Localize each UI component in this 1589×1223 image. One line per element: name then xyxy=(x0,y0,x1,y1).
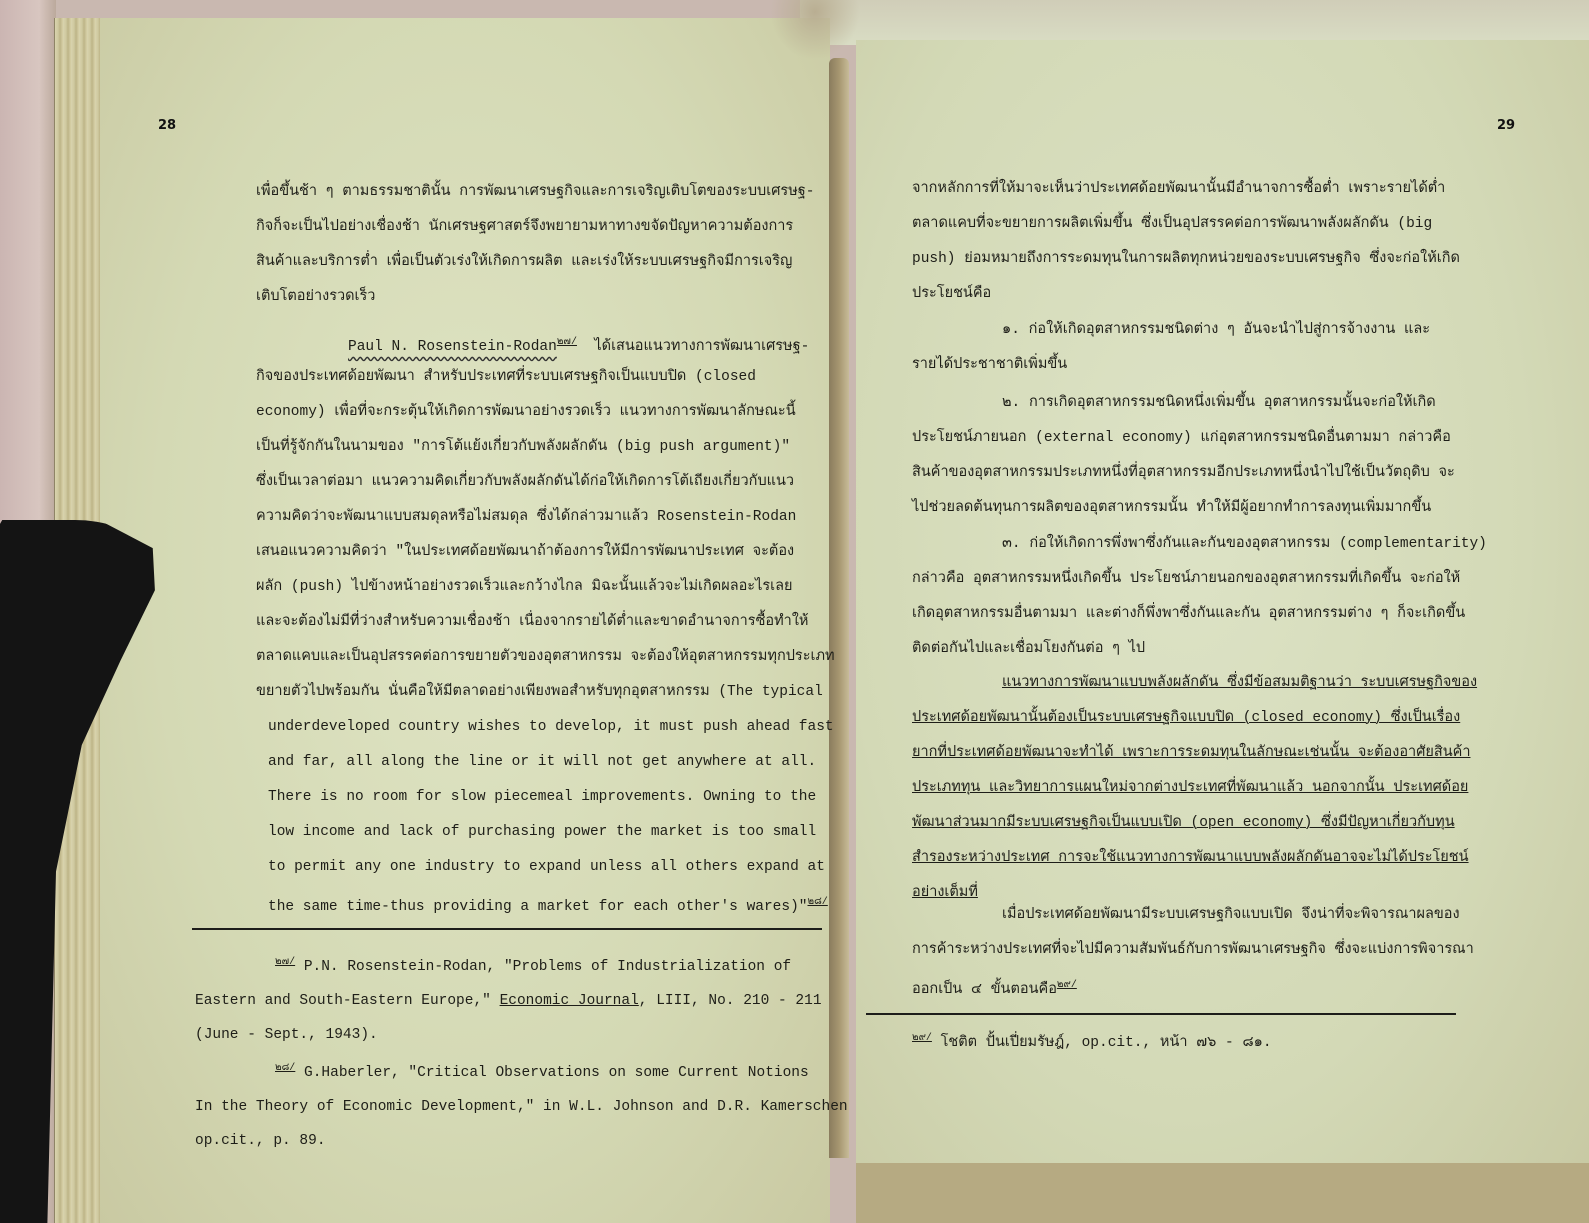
right-footnote: ๒๙/ โชติต ปั้นเปี่ยมรัษฎ์, op.cit., หน้า… xyxy=(912,1022,1272,1060)
text-line: ความคิดว่าจะพัฒนาแบบสมดุลหรือไม่สมดุล ซึ… xyxy=(256,500,835,535)
text-line: เสนอแนวความคิดว่า "ในประเทศด้อยพัฒนาถ้าต… xyxy=(256,535,835,570)
right-page-number: 29 xyxy=(1497,118,1515,133)
text-line: เติบโตอย่างรวดเร็ว xyxy=(256,280,814,315)
text-line: เป็นที่รู้จักกันในนามของ "การโต้แย้งเกี่… xyxy=(256,430,835,465)
text-line: ผลัก (push) ไปข้างหน้าอย่างรวดเร็วและกว้… xyxy=(256,570,835,605)
left-footnotes: ๒๗/ P.N. Rosenstein-Rodan, "Problems of … xyxy=(195,946,848,1158)
text-line: ประเทศด้อยพัฒนานั้นต้องเป็นระบบเศรษฐกิจแ… xyxy=(912,701,1477,736)
text-line: เมื่อประเทศด้อยพัฒนามีระบบเศรษฐกิจแบบเปิ… xyxy=(912,898,1474,933)
text-line: เพื่อขึ้นช้า ๆ ตามธรรมชาตินั้น การพัฒนาเ… xyxy=(256,175,814,210)
text-line: กิจก็จะเป็นไปอย่างเชื่องช้า นักเศรษฐศาสต… xyxy=(256,210,814,245)
footnote-ref-29[interactable]: ๒๙/ xyxy=(1057,980,1077,991)
right-item-2: ๒. การเกิดอุตสาหกรรมชนิดหนึ่งเพิ่มขึ้น อ… xyxy=(912,386,1455,526)
text-line: push) ย่อมหมายถึงการระดมทุนในการผลิตทุกห… xyxy=(912,242,1460,277)
text-line: แนวทางการพัฒนาแบบพลังผลักดัน ซึ่งมีข้อสม… xyxy=(912,666,1477,701)
text-line: ตลาดแคบที่จะขยายการผลิตเพิ่มขึ้น ซึ่งเป็… xyxy=(912,207,1460,242)
left-page-number: 28 xyxy=(158,118,176,133)
text-line: to permit any one industry to expand unl… xyxy=(256,850,835,885)
text-line: ตลาดแคบและเป็นอุปสรรคต่อการขยายตัวของอุต… xyxy=(256,640,835,675)
text-line: ประโยชน์ภายนอก (external economy) แก่อุต… xyxy=(912,421,1455,456)
text-line: และจะต้องไม่มีที่ว่างสำหรับความเชื่องช้า… xyxy=(256,605,835,640)
text-line: ขยายตัวไปพร้อมกัน นั่นคือให้มีตลาดอย่างเ… xyxy=(256,675,835,710)
text-fragment: the same time-thus providing a market fo… xyxy=(268,899,808,915)
right-last-paragraph: เมื่อประเทศด้อยพัฒนามีระบบเศรษฐกิจแบบเปิ… xyxy=(912,898,1474,1003)
footnote-line: ๒๘/ G.Haberler, "Critical Observations o… xyxy=(195,1052,848,1090)
footnote-separator xyxy=(192,928,822,930)
gutter-smudge xyxy=(770,0,860,60)
text-line: and far, all along the line or it will n… xyxy=(256,745,835,780)
text-line: กล่าวคือ อุตสาหกรรมหนึ่งเกิดขึ้น ประโยชน… xyxy=(912,562,1487,597)
footnote-28: ๒๘/ G.Haberler, "Critical Observations o… xyxy=(195,1052,848,1158)
text-line: ประเภททุน และวิทยาการแผนใหม่จากต่างประเท… xyxy=(912,771,1477,806)
footnote-line: op.cit., p. 89. xyxy=(195,1124,848,1158)
footnote-marker: ๒๘/ xyxy=(275,1063,295,1074)
text-line: underdeveloped country wishes to develop… xyxy=(256,710,835,745)
text-line: ออกเป็น ๔ ขั้นตอนคือ๒๙/ xyxy=(912,968,1474,1003)
footnote-line: (June - Sept., 1943). xyxy=(195,1018,848,1052)
right-item-3: ๓. ก่อให้เกิดการพึ่งพาซึ่งกันและกันของอุ… xyxy=(912,527,1487,667)
text-line: ๒. การเกิดอุตสาหกรรมชนิดหนึ่งเพิ่มขึ้น อ… xyxy=(912,386,1455,421)
footnote-ref-28[interactable]: ๒๘/ xyxy=(808,897,828,908)
text-line: พัฒนาส่วนมากมีระบบเศรษฐกิจเป็นแบบเปิด (o… xyxy=(912,806,1477,841)
text-line: รายได้ประชาชาติเพิ่มขึ้น xyxy=(912,348,1430,383)
footnote-marker: ๒๙/ xyxy=(912,1033,932,1044)
text-line: ๑. ก่อให้เกิดอุตสาหกรรมชนิดต่าง ๆ อันจะน… xyxy=(912,313,1430,348)
footnote-line: In the Theory of Economic Development," … xyxy=(195,1090,848,1124)
text-line: There is no room for slow piecemeal impr… xyxy=(256,780,835,815)
footnote-text: G.Haberler, "Critical Observations on so… xyxy=(304,1065,809,1081)
text-line: the same time-thus providing a market fo… xyxy=(256,885,835,920)
text-line: ประโยชน์คือ xyxy=(912,277,1460,312)
footnote-line: Eastern and South-Eastern Europe," Econo… xyxy=(195,984,848,1018)
text-line: ๓. ก่อให้เกิดการพึ่งพาซึ่งกันและกันของอุ… xyxy=(912,527,1487,562)
text-line: ติดต่อกันไปและเชื่อมโยงกันต่อ ๆ ไป xyxy=(912,632,1487,667)
text-line: สำรองระหว่างประเทศ การจะใช้แนวทางการพัฒน… xyxy=(912,841,1477,876)
right-underlined-paragraph: แนวทางการพัฒนาแบบพลังผลักดัน ซึ่งมีข้อสม… xyxy=(912,666,1477,911)
footnote-line: ๒๗/ P.N. Rosenstein-Rodan, "Problems of … xyxy=(195,946,848,984)
text-line: การค้าระหว่างประเทศที่จะไปมีความสัมพันธ์… xyxy=(912,933,1474,968)
text-line: กิจของประเทศด้อยพัฒนา สำหรับประเทศที่ระบ… xyxy=(256,360,835,395)
footnote-text: Eastern and South-Eastern Europe," xyxy=(195,993,500,1009)
author-name: Paul N. Rosenstein-Rodan xyxy=(348,339,557,355)
text-fragment: ออกเป็น ๔ ขั้นตอนคือ xyxy=(912,982,1057,998)
left-paragraph-1: เพื่อขึ้นช้า ๆ ตามธรรมชาตินั้น การพัฒนาเ… xyxy=(256,175,814,315)
footnote-ref-27[interactable]: ๒๗/ xyxy=(557,337,577,348)
text-line: ไปช่วยลดต้นทุนการผลิตของอุตสาหกรรมนั้น ท… xyxy=(912,491,1455,526)
text-line: สินค้าของอุตสาหกรรมประเภทหนึ่งที่อุตสาหก… xyxy=(912,456,1455,491)
right-item-1: ๑. ก่อให้เกิดอุตสาหกรรมชนิดต่าง ๆ อันจะน… xyxy=(912,313,1430,383)
top-shadow xyxy=(800,0,1589,45)
footnote-marker: ๒๗/ xyxy=(275,957,295,968)
text-line: ยากที่ประเทศด้อยพัฒนาจะทำได้ เพราะการระด… xyxy=(912,736,1477,771)
footnote-text: , LIII, No. 210 - 211 xyxy=(639,993,822,1009)
text-line: ซึ่งเป็นเวลาต่อมา แนวความคิดเกี่ยวกับพลั… xyxy=(256,465,835,500)
right-paragraph-1: จากหลักการที่ให้มาจะเห็นว่าประเทศด้อยพัฒ… xyxy=(912,172,1460,312)
text-line: สินค้าและบริการต่ำ เพื่อเป็นตัวเร่งให้เก… xyxy=(256,245,814,280)
footnote-text: โชติต ปั้นเปี่ยมรัษฎ์, op.cit., หน้า ๗๖ … xyxy=(941,1035,1272,1051)
footnote-27: ๒๗/ P.N. Rosenstein-Rodan, "Problems of … xyxy=(195,946,848,1052)
text-line: จากหลักการที่ให้มาจะเห็นว่าประเทศด้อยพัฒ… xyxy=(912,172,1460,207)
left-paragraph-2: Paul N. Rosenstein-Rodan๒๗/ ได้เสนอแนวทา… xyxy=(256,325,835,920)
footnote-text: P.N. Rosenstein-Rodan, "Problems of Indu… xyxy=(304,959,791,975)
text-line: Paul N. Rosenstein-Rodan๒๗/ ได้เสนอแนวทา… xyxy=(256,325,835,360)
footnote-separator xyxy=(866,1013,1456,1015)
text-line: เกิดอุตสาหกรรมอื่นตามมา และต่างก็พึ่งพาซ… xyxy=(912,597,1487,632)
text-line: low income and lack of purchasing power … xyxy=(256,815,835,850)
journal-title: Economic Journal xyxy=(500,993,639,1009)
text-line: economy) เพื่อที่จะกระตุ้นให้เกิดการพัฒน… xyxy=(256,395,835,430)
right-page-bottom-edge xyxy=(856,1163,1589,1223)
text-fragment: ได้เสนอแนวทางการพัฒนาเศรษฐ- xyxy=(594,339,809,355)
